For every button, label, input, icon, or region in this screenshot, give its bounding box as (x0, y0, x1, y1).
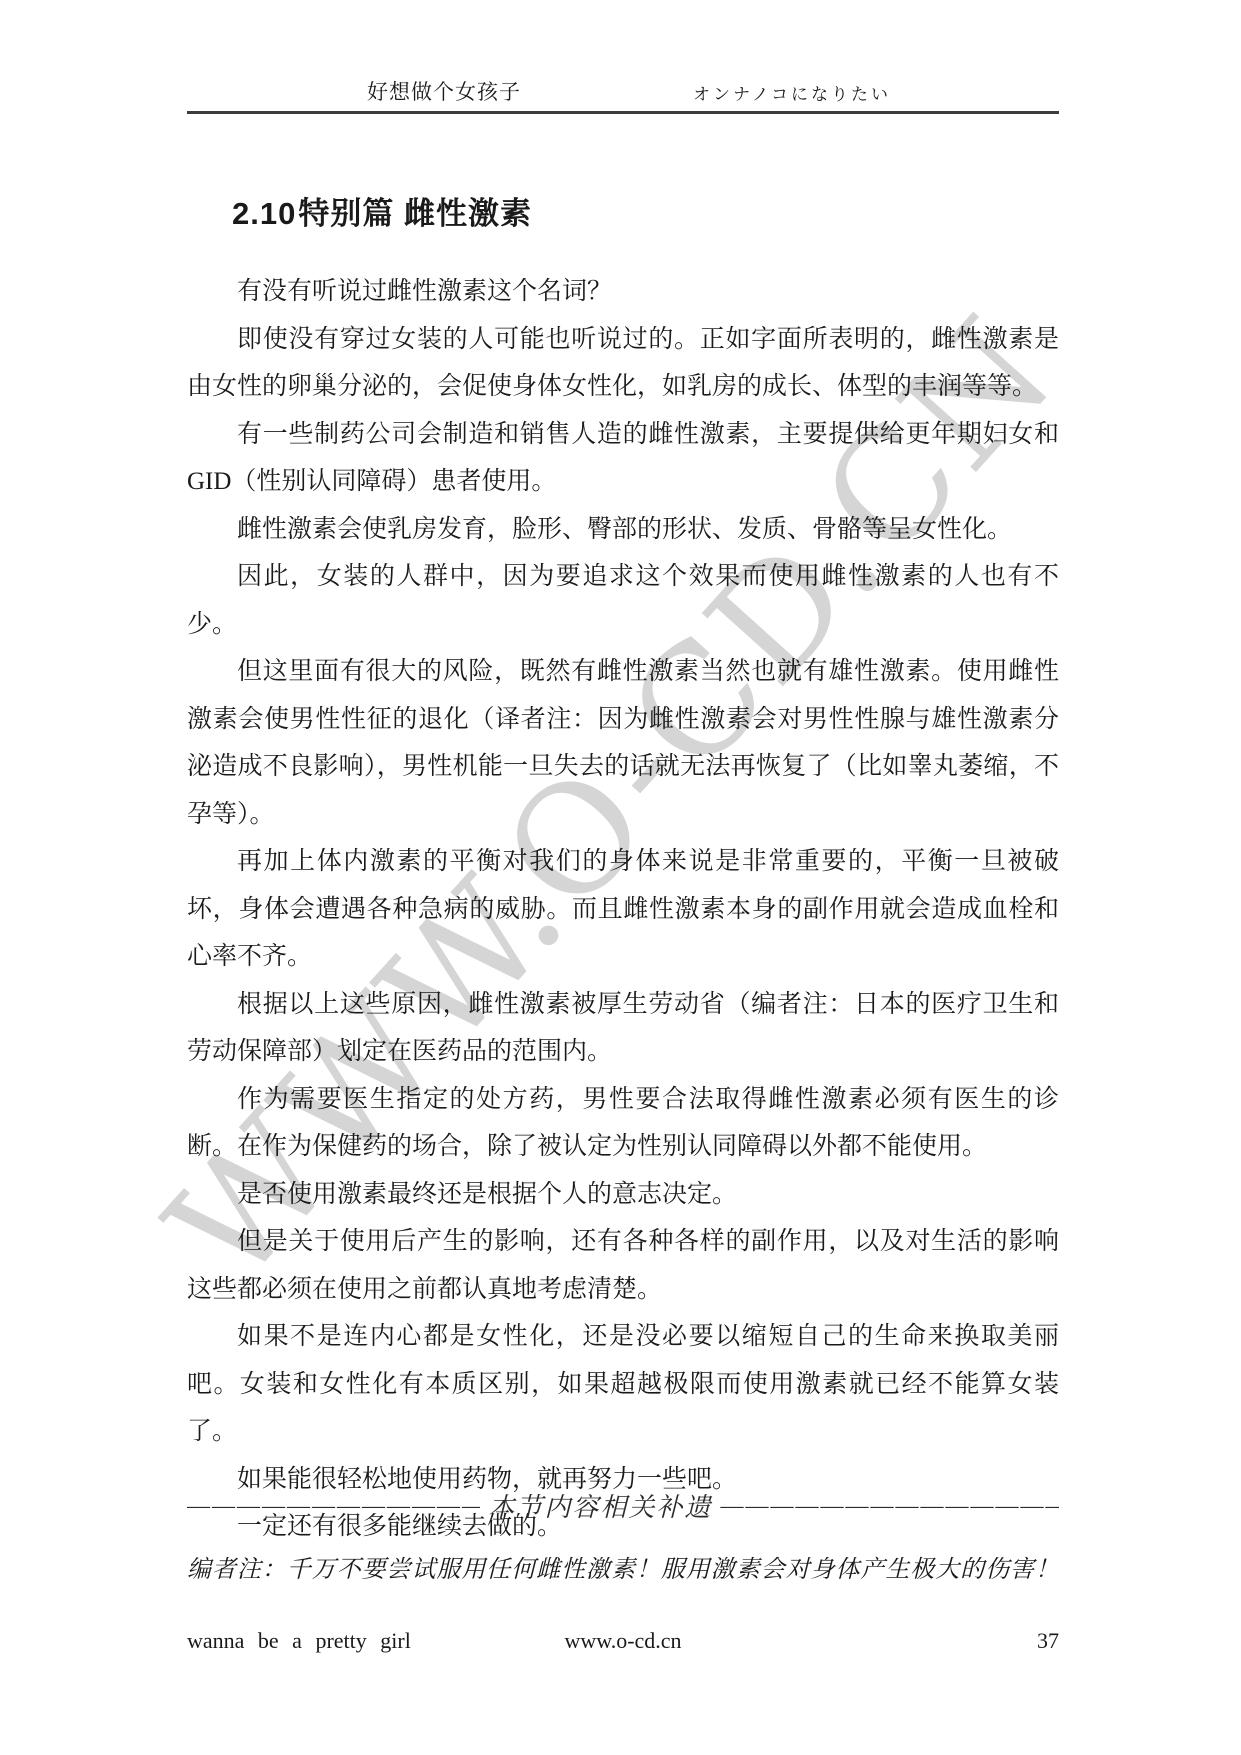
editor-note: 编者注：千万不要尝试服用任何雌性激素！服用激素会对身体产生极大的伤害！ (187, 1548, 1059, 1592)
body-paragraph: 雌性激素会使乳房发育，脸形、臀部的形状、发质、骨骼等呈女性化。 (187, 506, 1059, 554)
body-paragraph: 是否使用激素最终还是根据个人的意志决定。 (187, 1171, 1059, 1219)
body-paragraph: 有没有听说过雌性激素这个名词？ (187, 268, 1059, 316)
footer-book-title: wanna be a pretty girl (187, 1628, 411, 1654)
page-header: 好想做个女孩子 オンナノコになりたい (187, 0, 1059, 120)
header-title-japanese: オンナノコになりたい (693, 80, 891, 105)
section-title: 2.10特别篇 雌性激素 (232, 188, 532, 233)
body-text: 有没有听说过雌性激素这个名词？即使没有穿过女装的人可能也听说过的。正如字面所表明… (187, 268, 1059, 1551)
footer-website: www.o-cd.cn (564, 1628, 681, 1654)
section-number: 2.10 (232, 196, 296, 231)
body-paragraph: 但这里面有很大的风险，既然有雌性激素当然也就有雄性激素。使用雌性激素会使男性性征… (187, 648, 1059, 838)
body-paragraph: 有一些制药公司会制造和销售人造的雌性激素，主要提供给更年期妇女和GID（性别认同… (187, 411, 1059, 506)
body-paragraph: 因此，女装的人群中，因为要追求这个效果而使用雌性激素的人也有不少。 (187, 553, 1059, 648)
divider-dashes-left: ————————————— (187, 1493, 480, 1519)
body-paragraph: 再加上体内激素的平衡对我们的身体来说是非常重要的，平衡一旦被破坏，身体会遭遇各种… (187, 838, 1059, 981)
section-title-text: 特别篇 雌性激素 (298, 196, 532, 231)
document-page: WWW.O-CD.CN 好想做个女孩子 オンナノコになりたい 2.10特别篇 雌… (0, 0, 1241, 1755)
body-paragraph: 作为需要医生指定的处方药，男性要合法取得雌性激素必须有医生的诊断。在作为保健药的… (187, 1076, 1059, 1171)
body-paragraph: 但是关于使用后产生的影响，还有各种各样的副作用，以及对生活的影响这些都必须在使用… (187, 1218, 1059, 1313)
page-footer: wanna be a pretty girl www.o-cd.cn 37 (187, 1628, 1059, 1658)
divider-dashes-right: ——————————————— (720, 1493, 1059, 1519)
body-paragraph: 即使没有穿过女装的人可能也听说过的。正如字面所表明的，雌性激素是由女性的卵巢分泌… (187, 316, 1059, 411)
footer-page-number: 37 (1037, 1628, 1059, 1654)
supplement-divider: ————————————— 本节内容相关补遗 ——————————————— (187, 1487, 1059, 1524)
supplement-divider-label: 本节内容相关补遗 (480, 1487, 720, 1524)
header-divider-rule (187, 111, 1059, 114)
header-title-chinese: 好想做个女孩子 (367, 76, 521, 106)
body-paragraph: 如果不是连内心都是女性化，还是没必要以缩短自己的生命来换取美丽吧。女装和女性化有… (187, 1313, 1059, 1456)
body-paragraph: 根据以上这些原因，雌性激素被厚生劳动省（编者注：日本的医疗卫生和劳动保障部）划定… (187, 981, 1059, 1076)
